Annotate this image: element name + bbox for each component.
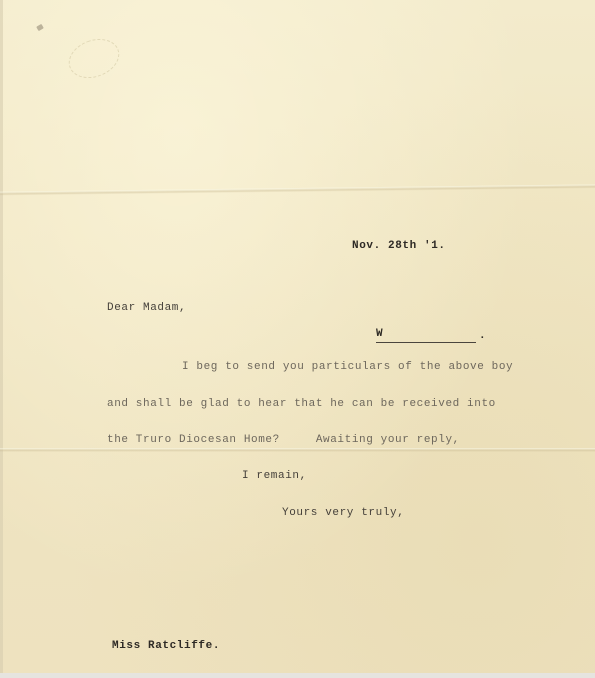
reference-initial: W bbox=[376, 328, 383, 340]
addressee: Miss Ratcliffe. bbox=[112, 640, 220, 652]
body-line-1: I beg to send you particulars of the abo… bbox=[182, 361, 513, 373]
paper-edge bbox=[0, 0, 3, 678]
paper-fold-lower bbox=[0, 448, 595, 452]
letter-date: Nov. 28th '1. bbox=[352, 240, 446, 252]
paper-fold-upper bbox=[0, 184, 595, 195]
paper-bottom-edge bbox=[0, 673, 595, 678]
reference-blank-line bbox=[376, 342, 476, 343]
reference-period: . bbox=[479, 330, 486, 342]
closing-yours: Yours very truly, bbox=[282, 507, 404, 519]
body-line-3: the Truro Diocesan Home? Awaiting your r… bbox=[107, 434, 460, 446]
salutation: Dear Madam, bbox=[107, 302, 186, 314]
letter-page: Nov. 28th '1. Dear Madam, W . I beg to s… bbox=[0, 0, 595, 678]
embossed-seal bbox=[63, 32, 125, 85]
ink-mark bbox=[36, 24, 44, 31]
closing-remain: I remain, bbox=[242, 470, 307, 482]
body-line-2: and shall be glad to hear that he can be… bbox=[107, 398, 496, 410]
